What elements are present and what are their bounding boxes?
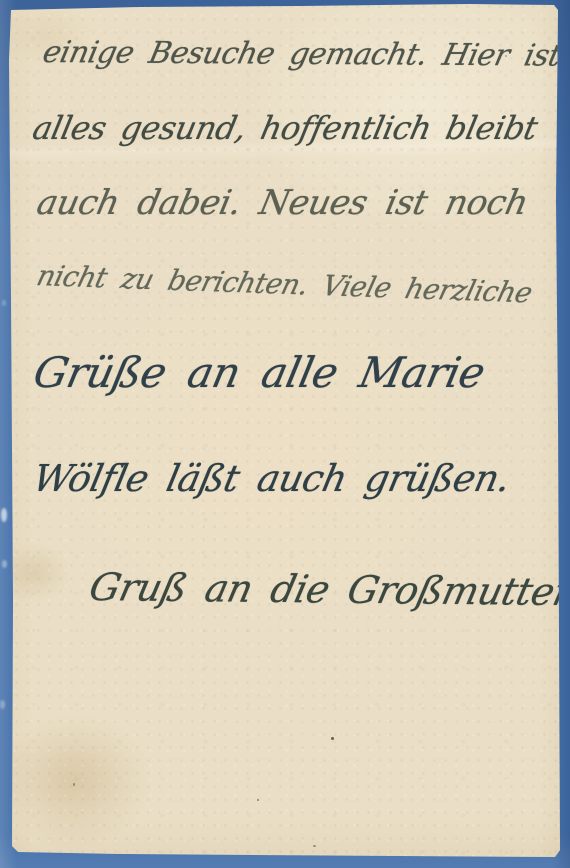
postcard-paper: einige Besuche gemacht. Hier ist alles g…	[0, 0, 570, 868]
handwriting: einige Besuche gemacht. Hier ist alles g…	[0, 0, 570, 868]
handwritten-line-6: Wölfle läßt auch grüßen.	[30, 460, 514, 497]
border-scratch	[2, 560, 7, 568]
scanned-postcard-back: einige Besuche gemacht. Hier ist alles g…	[0, 0, 570, 868]
border-scratch	[2, 300, 6, 306]
handwritten-line-7: Gruß an die Großmutter	[86, 568, 570, 611]
handwritten-line-3: auch dabei. Neues ist noch	[34, 186, 531, 220]
border-scratch	[0, 700, 5, 709]
handwritten-line-2: alles gesund, hoffentlich bleibt	[30, 112, 540, 144]
border-scratch	[1, 508, 7, 522]
handwritten-line-4: nicht zu berichten. Viele herzliche	[34, 262, 535, 307]
handwritten-line-5: Grüße an alle Marie	[30, 352, 488, 394]
handwritten-line-1: einige Besuche gemacht. Hier ist	[40, 38, 563, 72]
